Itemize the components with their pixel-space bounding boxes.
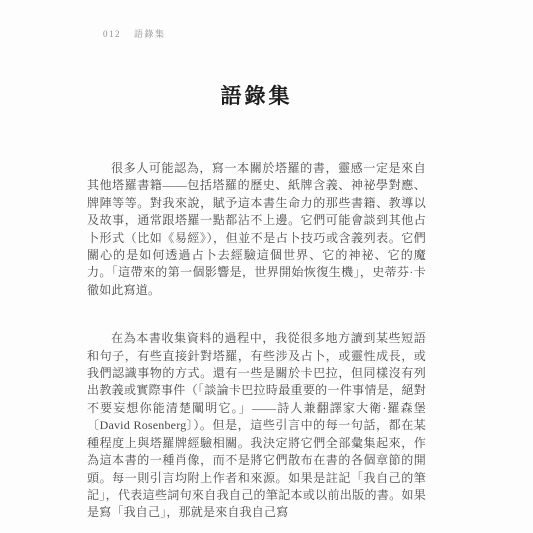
chapter-title: 語錄集 [87,80,426,110]
book-page: 012 語錄集 語錄集 很多人可能認為，寫一本關於塔羅的書，靈感一定是來自其他塔… [0,0,533,533]
body-text: 很多人可能認為，寫一本關於塔羅的書，靈感一定是來自其他塔羅書籍——包括塔羅的歷史… [87,160,426,522]
page-number: 012 [103,29,121,39]
paragraph-2: 在為本書收集資料的過程中，我從很多地方讀到某些短語和句子，有些直接針對塔羅，有些… [87,330,426,521]
running-head-title: 語錄集 [134,27,166,40]
running-head: 012 語錄集 [103,27,166,40]
paragraph-1: 很多人可能認為，寫一本關於塔羅的書，靈感一定是來自其他塔羅書籍——包括塔羅的歷史… [87,160,426,299]
